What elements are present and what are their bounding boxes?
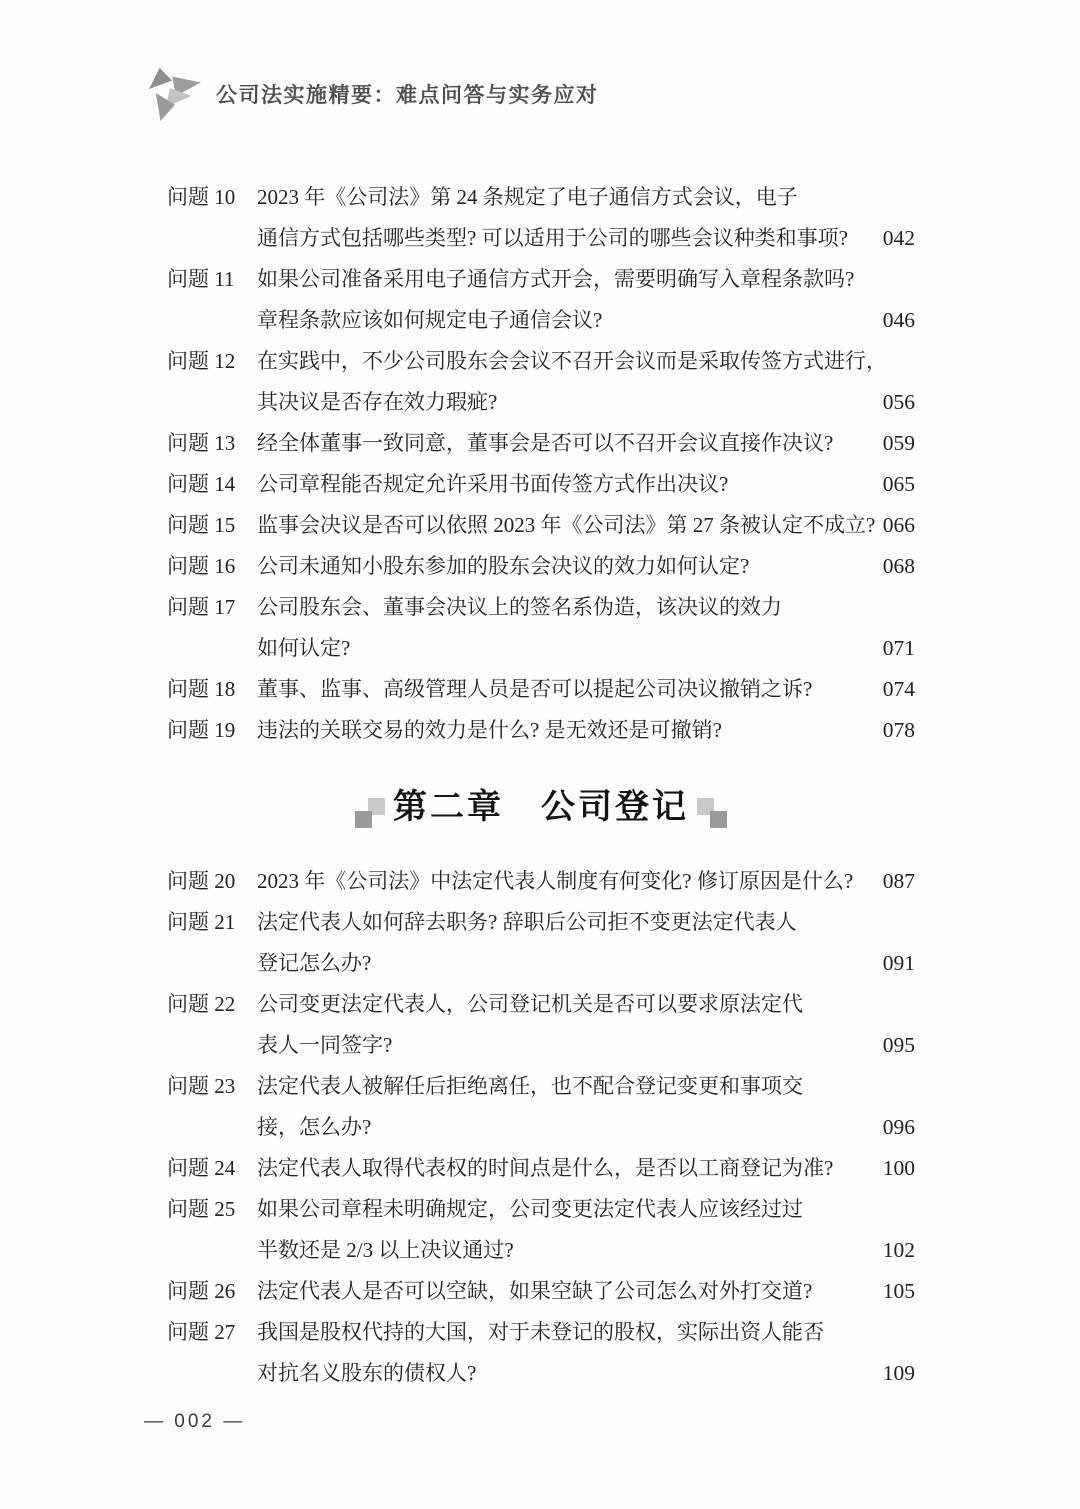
heading-deco-left-icon [355, 798, 385, 828]
toc-entry-label: 问题 15 [167, 505, 257, 546]
toc-entry-line: 2023 年《公司法》中法定代表人制度有何变化? 修订原因是什么? [257, 861, 857, 902]
toc-entry-page: 068 [857, 546, 915, 587]
toc-entry: 问题 10 2023 年《公司法》第 24 条规定了电子通信方式会议，电子通信方… [167, 177, 915, 259]
toc-entry: 问题 17 公司股东会、董事会决议上的签名系伪造，该决议的效力如何认定? 071 [167, 587, 915, 669]
toc-entry-text: 法定代表人取得代表权的时间点是什么，是否以工商登记为准? [257, 1148, 857, 1189]
toc-entry: 问题 11 如果公司准备采用电子通信方式开会，需要明确写入章程条款吗?章程条款应… [167, 259, 915, 341]
toc-entry-page: 109 [857, 1353, 915, 1394]
toc-entry-label: 问题 17 [167, 587, 257, 628]
toc-entry-line: 我国是股权代持的大国，对于未登记的股权，实际出资人能否 [257, 1312, 857, 1353]
toc-entry: 问题 15 监事会决议是否可以依照 2023 年《公司法》第 27 条被认定不成… [167, 505, 915, 546]
toc-entry-page: 087 [857, 861, 915, 902]
toc-entry-text: 公司未通知小股东参加的股东会决议的效力如何认定? [257, 546, 857, 587]
toc-entry-page: 059 [857, 423, 915, 464]
toc-entry-label: 问题 21 [167, 902, 257, 943]
book-toc-page: 公司法实施精要：难点问答与实务应对 问题 10 2023 年《公司法》第 24 … [0, 0, 1080, 1509]
toc-entry-page: 105 [857, 1271, 915, 1312]
toc-entry: 问题 25 如果公司章程未明确规定，公司变更法定代表人应该经过过半数还是 2/3… [167, 1189, 915, 1271]
toc-entry-label: 问题 26 [167, 1271, 257, 1312]
toc-entry-text: 法定代表人如何辞去职务? 辞职后公司拒不变更法定代表人登记怎么办? [257, 902, 857, 984]
toc-entry-label: 问题 11 [167, 259, 257, 300]
toc-entry-label: 问题 22 [167, 984, 257, 1025]
toc-entry-line: 监事会决议是否可以依照 2023 年《公司法》第 27 条被认定不成立? [257, 505, 857, 546]
toc-entry-line: 董事、监事、高级管理人员是否可以提起公司决议撤销之诉? [257, 669, 857, 710]
toc-entry-text: 法定代表人被解任后拒绝离任，也不配合登记变更和事项交接，怎么办? [257, 1066, 857, 1148]
toc-entry-label: 问题 23 [167, 1066, 257, 1107]
toc-entry-text: 经全体董事一致同意，董事会是否可以不召开会议直接作决议? [257, 423, 857, 464]
toc-entry-text: 2023 年《公司法》中法定代表人制度有何变化? 修订原因是什么? [257, 861, 857, 902]
toc-entry-label: 问题 20 [167, 861, 257, 902]
toc-entry-page: 046 [857, 300, 915, 341]
toc-entry-page: 074 [857, 669, 915, 710]
toc-entry-line: 如何认定? [257, 628, 857, 669]
toc-entry-line: 章程条款应该如何规定电子通信会议? [257, 300, 857, 341]
toc-entry-text: 2023 年《公司法》第 24 条规定了电子通信方式会议，电子通信方式包括哪些类… [257, 177, 857, 259]
toc-entry-text: 公司股东会、董事会决议上的签名系伪造，该决议的效力如何认定? [257, 587, 857, 669]
table-of-contents: 问题 10 2023 年《公司法》第 24 条规定了电子通信方式会议，电子通信方… [167, 177, 915, 1394]
toc-entry-label: 问题 18 [167, 669, 257, 710]
toc-entry: 问题 24 法定代表人取得代表权的时间点是什么，是否以工商登记为准? 100 [167, 1148, 915, 1189]
toc-entry: 问题 16 公司未通知小股东参加的股东会决议的效力如何认定? 068 [167, 546, 915, 587]
toc-entry-line: 公司股东会、董事会决议上的签名系伪造，该决议的效力 [257, 587, 857, 628]
toc-entry-text: 公司章程能否规定允许采用书面传签方式作出决议? [257, 464, 857, 505]
toc-entry-line: 接，怎么办? [257, 1107, 857, 1148]
toc-entry-text: 法定代表人是否可以空缺，如果空缺了公司怎么对外打交道? [257, 1271, 857, 1312]
toc-entry-label: 问题 27 [167, 1312, 257, 1353]
toc-entry-text: 监事会决议是否可以依照 2023 年《公司法》第 27 条被认定不成立? [257, 505, 857, 546]
toc-entry-text: 我国是股权代持的大国，对于未登记的股权，实际出资人能否对抗名义股东的债权人? [257, 1312, 857, 1394]
toc-entry-page: 065 [857, 464, 915, 505]
toc-entry: 问题 19 违法的关联交易的效力是什么? 是无效还是可撤销? 078 [167, 710, 915, 751]
toc-entry-text: 董事、监事、高级管理人员是否可以提起公司决议撤销之诉? [257, 669, 857, 710]
toc-entry-line: 登记怎么办? [257, 943, 857, 984]
toc-entry: 问题 21 法定代表人如何辞去职务? 辞职后公司拒不变更法定代表人登记怎么办? … [167, 902, 915, 984]
toc-entry-line: 如果公司准备采用电子通信方式开会，需要明确写入章程条款吗? [257, 259, 857, 300]
toc-entry-page: 042 [857, 218, 915, 259]
toc-entry-text: 公司变更法定代表人，公司登记机关是否可以要求原法定代表人一同签字? [257, 984, 857, 1066]
toc-entry-page: 102 [857, 1230, 915, 1271]
toc-entry: 问题 26 法定代表人是否可以空缺，如果空缺了公司怎么对外打交道? 105 [167, 1271, 915, 1312]
toc-entry-line: 公司变更法定代表人，公司登记机关是否可以要求原法定代 [257, 984, 857, 1025]
toc-entry: 问题 27 我国是股权代持的大国，对于未登记的股权，实际出资人能否对抗名义股东的… [167, 1312, 915, 1394]
toc-entry: 问题 12 在实践中，不少公司股东会会议不召开会议而是采取传签方式进行，其决议是… [167, 341, 915, 423]
toc-entry-line: 法定代表人取得代表权的时间点是什么，是否以工商登记为准? [257, 1148, 857, 1189]
toc-entry-text: 如果公司准备采用电子通信方式开会，需要明确写入章程条款吗?章程条款应该如何规定电… [257, 259, 857, 341]
toc-entry-line: 法定代表人如何辞去职务? 辞职后公司拒不变更法定代表人 [257, 902, 857, 943]
toc-entry: 问题 18 董事、监事、高级管理人员是否可以提起公司决议撤销之诉? 074 [167, 669, 915, 710]
toc-entry: 问题 13 经全体董事一致同意，董事会是否可以不召开会议直接作决议? 059 [167, 423, 915, 464]
toc-entry-label: 问题 12 [167, 341, 257, 382]
toc-entry-page: 096 [857, 1107, 915, 1148]
toc-entry-line: 公司章程能否规定允许采用书面传签方式作出决议? [257, 464, 857, 505]
running-head: 公司法实施精要：难点问答与实务应对 [146, 66, 599, 122]
toc-entry-line: 法定代表人被解任后拒绝离任，也不配合登记变更和事项交 [257, 1066, 857, 1107]
toc-entry-line: 2023 年《公司法》第 24 条规定了电子通信方式会议，电子 [257, 177, 857, 218]
heading-deco-right-icon [697, 798, 727, 828]
toc-entry-line: 公司未通知小股东参加的股东会决议的效力如何认定? [257, 546, 857, 587]
toc-entry-text: 如果公司章程未明确规定，公司变更法定代表人应该经过过半数还是 2/3 以上决议通… [257, 1189, 857, 1271]
toc-entry: 问题 23 法定代表人被解任后拒绝离任，也不配合登记变更和事项交接，怎么办? 0… [167, 1066, 915, 1148]
toc-entry-text: 在实践中，不少公司股东会会议不召开会议而是采取传签方式进行，其决议是否存在效力瑕… [257, 341, 857, 423]
toc-entry-line: 半数还是 2/3 以上决议通过? [257, 1230, 857, 1271]
toc-entry-label: 问题 14 [167, 464, 257, 505]
toc-entry: 问题 22 公司变更法定代表人，公司登记机关是否可以要求原法定代表人一同签字? … [167, 984, 915, 1066]
chapter-heading: 第二章 公司登记 [167, 785, 915, 831]
toc-entry-page: 078 [857, 710, 915, 751]
chapter-title: 第二章 公司登记 [393, 785, 689, 831]
toc-entry-page: 056 [857, 382, 915, 423]
toc-entry-line: 其决议是否存在效力瑕疵? [257, 382, 857, 423]
toc-entry-line: 违法的关联交易的效力是什么? 是无效还是可撤销? [257, 710, 857, 751]
toc-entry-page: 066 [857, 505, 915, 546]
toc-entry-label: 问题 19 [167, 710, 257, 751]
page-number: — 002 — [144, 1411, 245, 1432]
toc-entry-label: 问题 25 [167, 1189, 257, 1230]
toc-entry-line: 在实践中，不少公司股东会会议不召开会议而是采取传签方式进行， [257, 341, 857, 382]
toc-entry-label: 问题 13 [167, 423, 257, 464]
running-head-title: 公司法实施精要：难点问答与实务应对 [216, 79, 599, 109]
toc-entry-line: 经全体董事一致同意，董事会是否可以不召开会议直接作决议? [257, 423, 857, 464]
toc-entry-page: 071 [857, 628, 915, 669]
page-footer: — 002 — [144, 1411, 245, 1433]
toc-entry: 问题 14 公司章程能否规定允许采用书面传签方式作出决议? 065 [167, 464, 915, 505]
toc-entry-text: 违法的关联交易的效力是什么? 是无效还是可撤销? [257, 710, 857, 751]
toc-entry-line: 表人一同签字? [257, 1025, 857, 1066]
toc-entry-line: 对抗名义股东的债权人? [257, 1353, 857, 1394]
toc-entry-line: 法定代表人是否可以空缺，如果空缺了公司怎么对外打交道? [257, 1271, 857, 1312]
toc-entry-label: 问题 16 [167, 546, 257, 587]
toc-entry-label: 问题 10 [167, 177, 257, 218]
toc-entry: 问题 20 2023 年《公司法》中法定代表人制度有何变化? 修订原因是什么? … [167, 861, 915, 902]
origami-triangles-logo-icon [146, 66, 204, 122]
toc-entry-label: 问题 24 [167, 1148, 257, 1189]
toc-entry-page: 091 [857, 943, 915, 984]
toc-entry-line: 通信方式包括哪些类型? 可以适用于公司的哪些会议种类和事项? [257, 218, 857, 259]
toc-entry-page: 095 [857, 1025, 915, 1066]
toc-entry-page: 100 [857, 1148, 915, 1189]
toc-entry-line: 如果公司章程未明确规定，公司变更法定代表人应该经过过 [257, 1189, 857, 1230]
